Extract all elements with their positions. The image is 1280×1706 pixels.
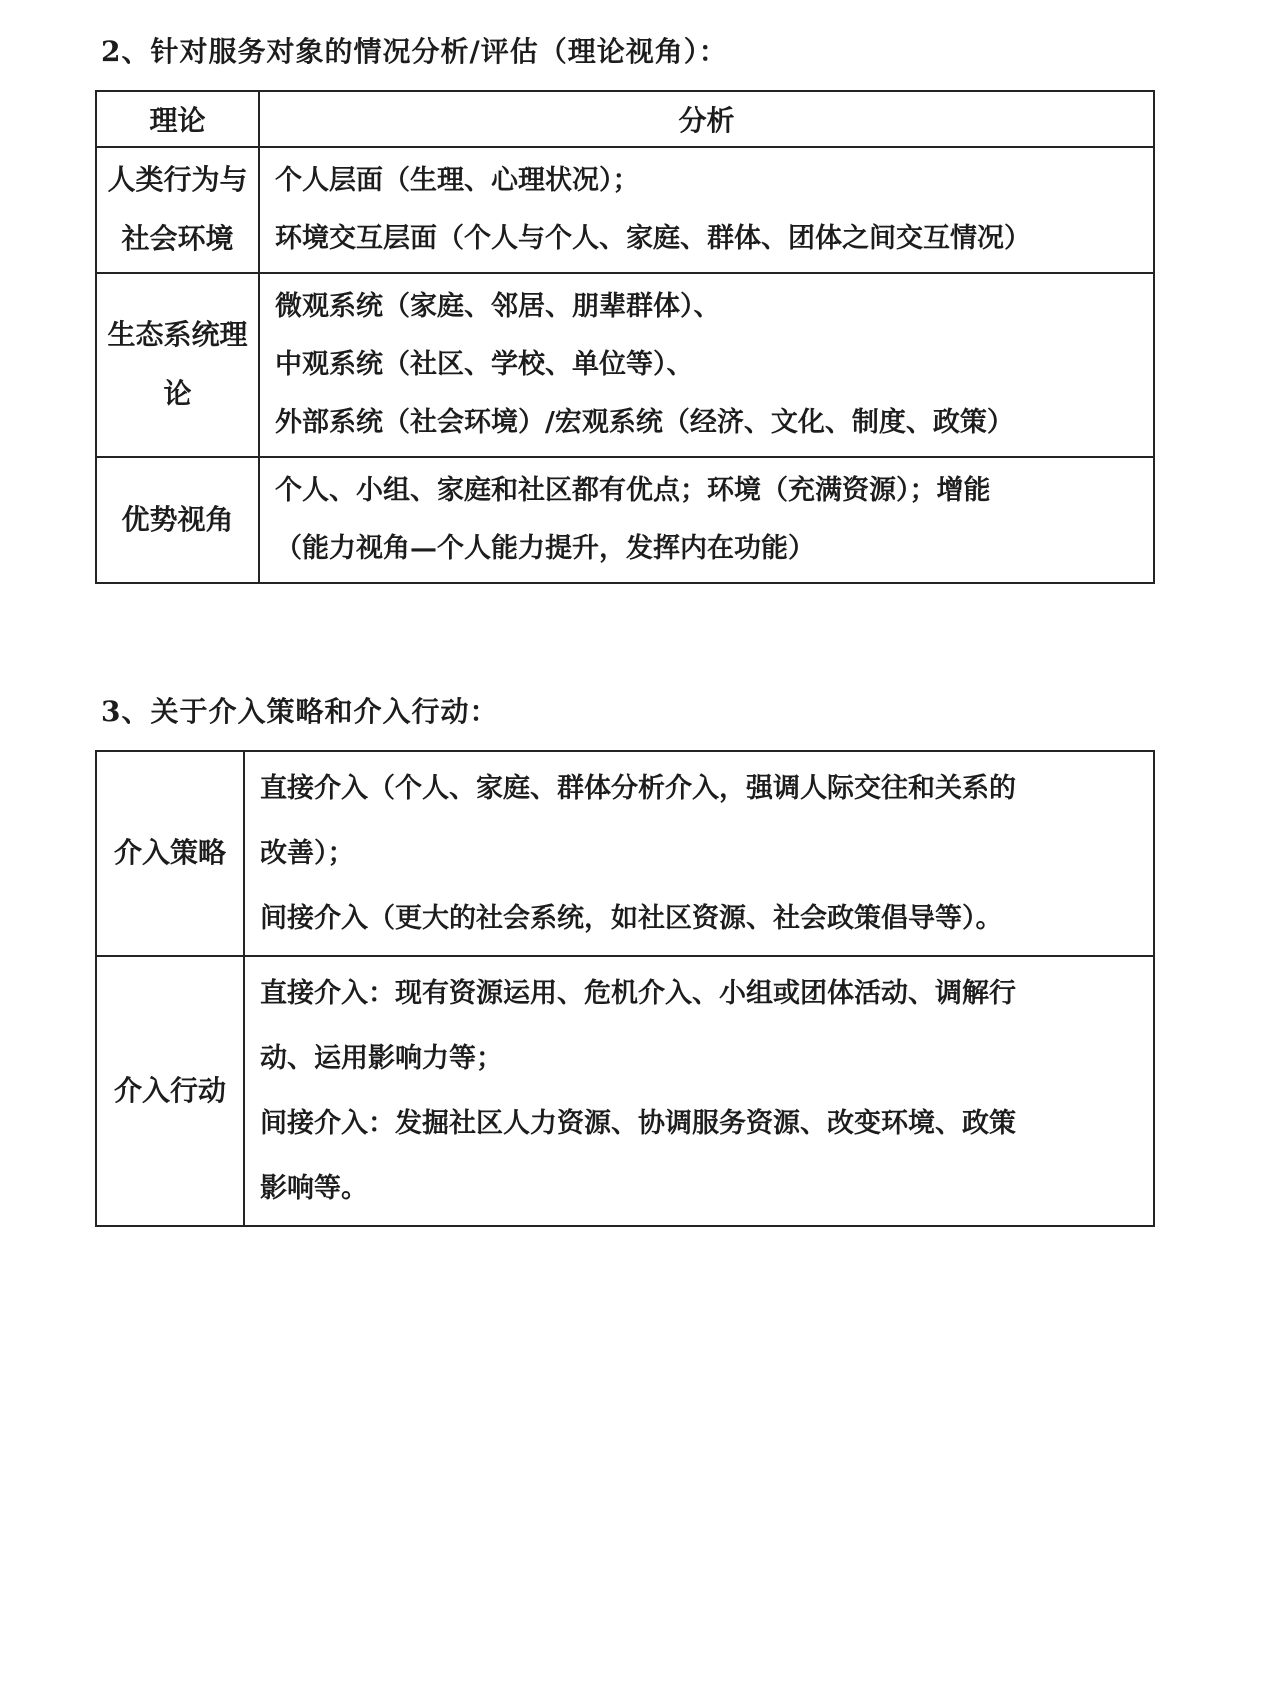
column-header-analysis: 分析 (259, 91, 1154, 147)
table-row: 优势视角 个人、小组、家庭和社区都有优点；环境（充满资源）；增能 （能力视角—个… (96, 457, 1154, 583)
cell-line: 影响等。 (260, 1156, 1145, 1221)
cell-line: 个人层面（生理、心理状况）； (275, 152, 1145, 210)
row-label-intervention-action: 介入行动 (96, 956, 244, 1226)
table-row: 生态系统理论 微观系统（家庭、邻居、朋辈群体）、 中观系统（社区、学校、单位等）… (96, 273, 1154, 457)
cell-line: 外部系统（社会环境）/宏观系统（经济、文化、制度、政策） (275, 394, 1145, 452)
row-content-intervention-action: 直接介入：现有资源运用、危机介入、小组或团体活动、调解行 动、运用影响力等； 间… (244, 956, 1154, 1226)
row-label-strengths-perspective: 优势视角 (96, 457, 259, 583)
cell-line: 动、运用影响力等； (260, 1026, 1145, 1091)
cell-line: 中观系统（社区、学校、单位等）、 (275, 336, 1145, 394)
row-content-human-behavior: 个人层面（生理、心理状况）； 环境交互层面（个人与个人、家庭、群体、团体之间交互… (259, 147, 1154, 273)
section3-heading: 3、关于介入策略和介入行动： (101, 690, 1190, 730)
row-label-human-behavior: 人类行为与社会环境 (96, 147, 259, 273)
cell-line: 间接介入（更大的社会系统，如社区资源、社会政策倡导等）。 (260, 886, 1145, 951)
row-content-strengths-perspective: 个人、小组、家庭和社区都有优点；环境（充满资源）；增能 （能力视角—个人能力提升… (259, 457, 1154, 583)
intervention-table: 介入策略 直接介入（个人、家庭、群体分析介入，强调人际交往和关系的 改善）； 间… (95, 750, 1155, 1227)
row-content-ecosystem-theory: 微观系统（家庭、邻居、朋辈群体）、 中观系统（社区、学校、单位等）、 外部系统（… (259, 273, 1154, 457)
cell-line: 个人、小组、家庭和社区都有优点；环境（充满资源）；增能 (275, 462, 1145, 520)
column-header-theory: 理论 (96, 91, 259, 147)
section2-heading: 2、针对服务对象的情况分析/评估（理论视角）： (101, 30, 1190, 70)
row-label-intervention-strategy: 介入策略 (96, 751, 244, 956)
cell-line: 直接介入：现有资源运用、危机介入、小组或团体活动、调解行 (260, 961, 1145, 1026)
table-row: 人类行为与社会环境 个人层面（生理、心理状况）； 环境交互层面（个人与个人、家庭… (96, 147, 1154, 273)
document-page: 2、针对服务对象的情况分析/评估（理论视角）： 理论 分析 人类行为与社会环境 … (0, 0, 1280, 1706)
cell-line: 环境交互层面（个人与个人、家庭、群体、团体之间交互情况） (275, 210, 1145, 268)
cell-line: 微观系统（家庭、邻居、朋辈群体）、 (275, 278, 1145, 336)
cell-line: 改善）； (260, 821, 1145, 886)
row-label-ecosystem-theory: 生态系统理论 (96, 273, 259, 457)
cell-line: 直接介入（个人、家庭、群体分析介入，强调人际交往和关系的 (260, 756, 1145, 821)
cell-line: 间接介入：发掘社区人力资源、协调服务资源、改变环境、政策 (260, 1091, 1145, 1156)
row-content-intervention-strategy: 直接介入（个人、家庭、群体分析介入，强调人际交往和关系的 改善）； 间接介入（更… (244, 751, 1154, 956)
table-header-row: 理论 分析 (96, 91, 1154, 147)
table-row: 介入策略 直接介入（个人、家庭、群体分析介入，强调人际交往和关系的 改善）； 间… (96, 751, 1154, 956)
cell-line: （能力视角—个人能力提升，发挥内在功能） (275, 520, 1145, 578)
table-row: 介入行动 直接介入：现有资源运用、危机介入、小组或团体活动、调解行 动、运用影响… (96, 956, 1154, 1226)
theory-analysis-table: 理论 分析 人类行为与社会环境 个人层面（生理、心理状况）； 环境交互层面（个人… (95, 90, 1155, 584)
